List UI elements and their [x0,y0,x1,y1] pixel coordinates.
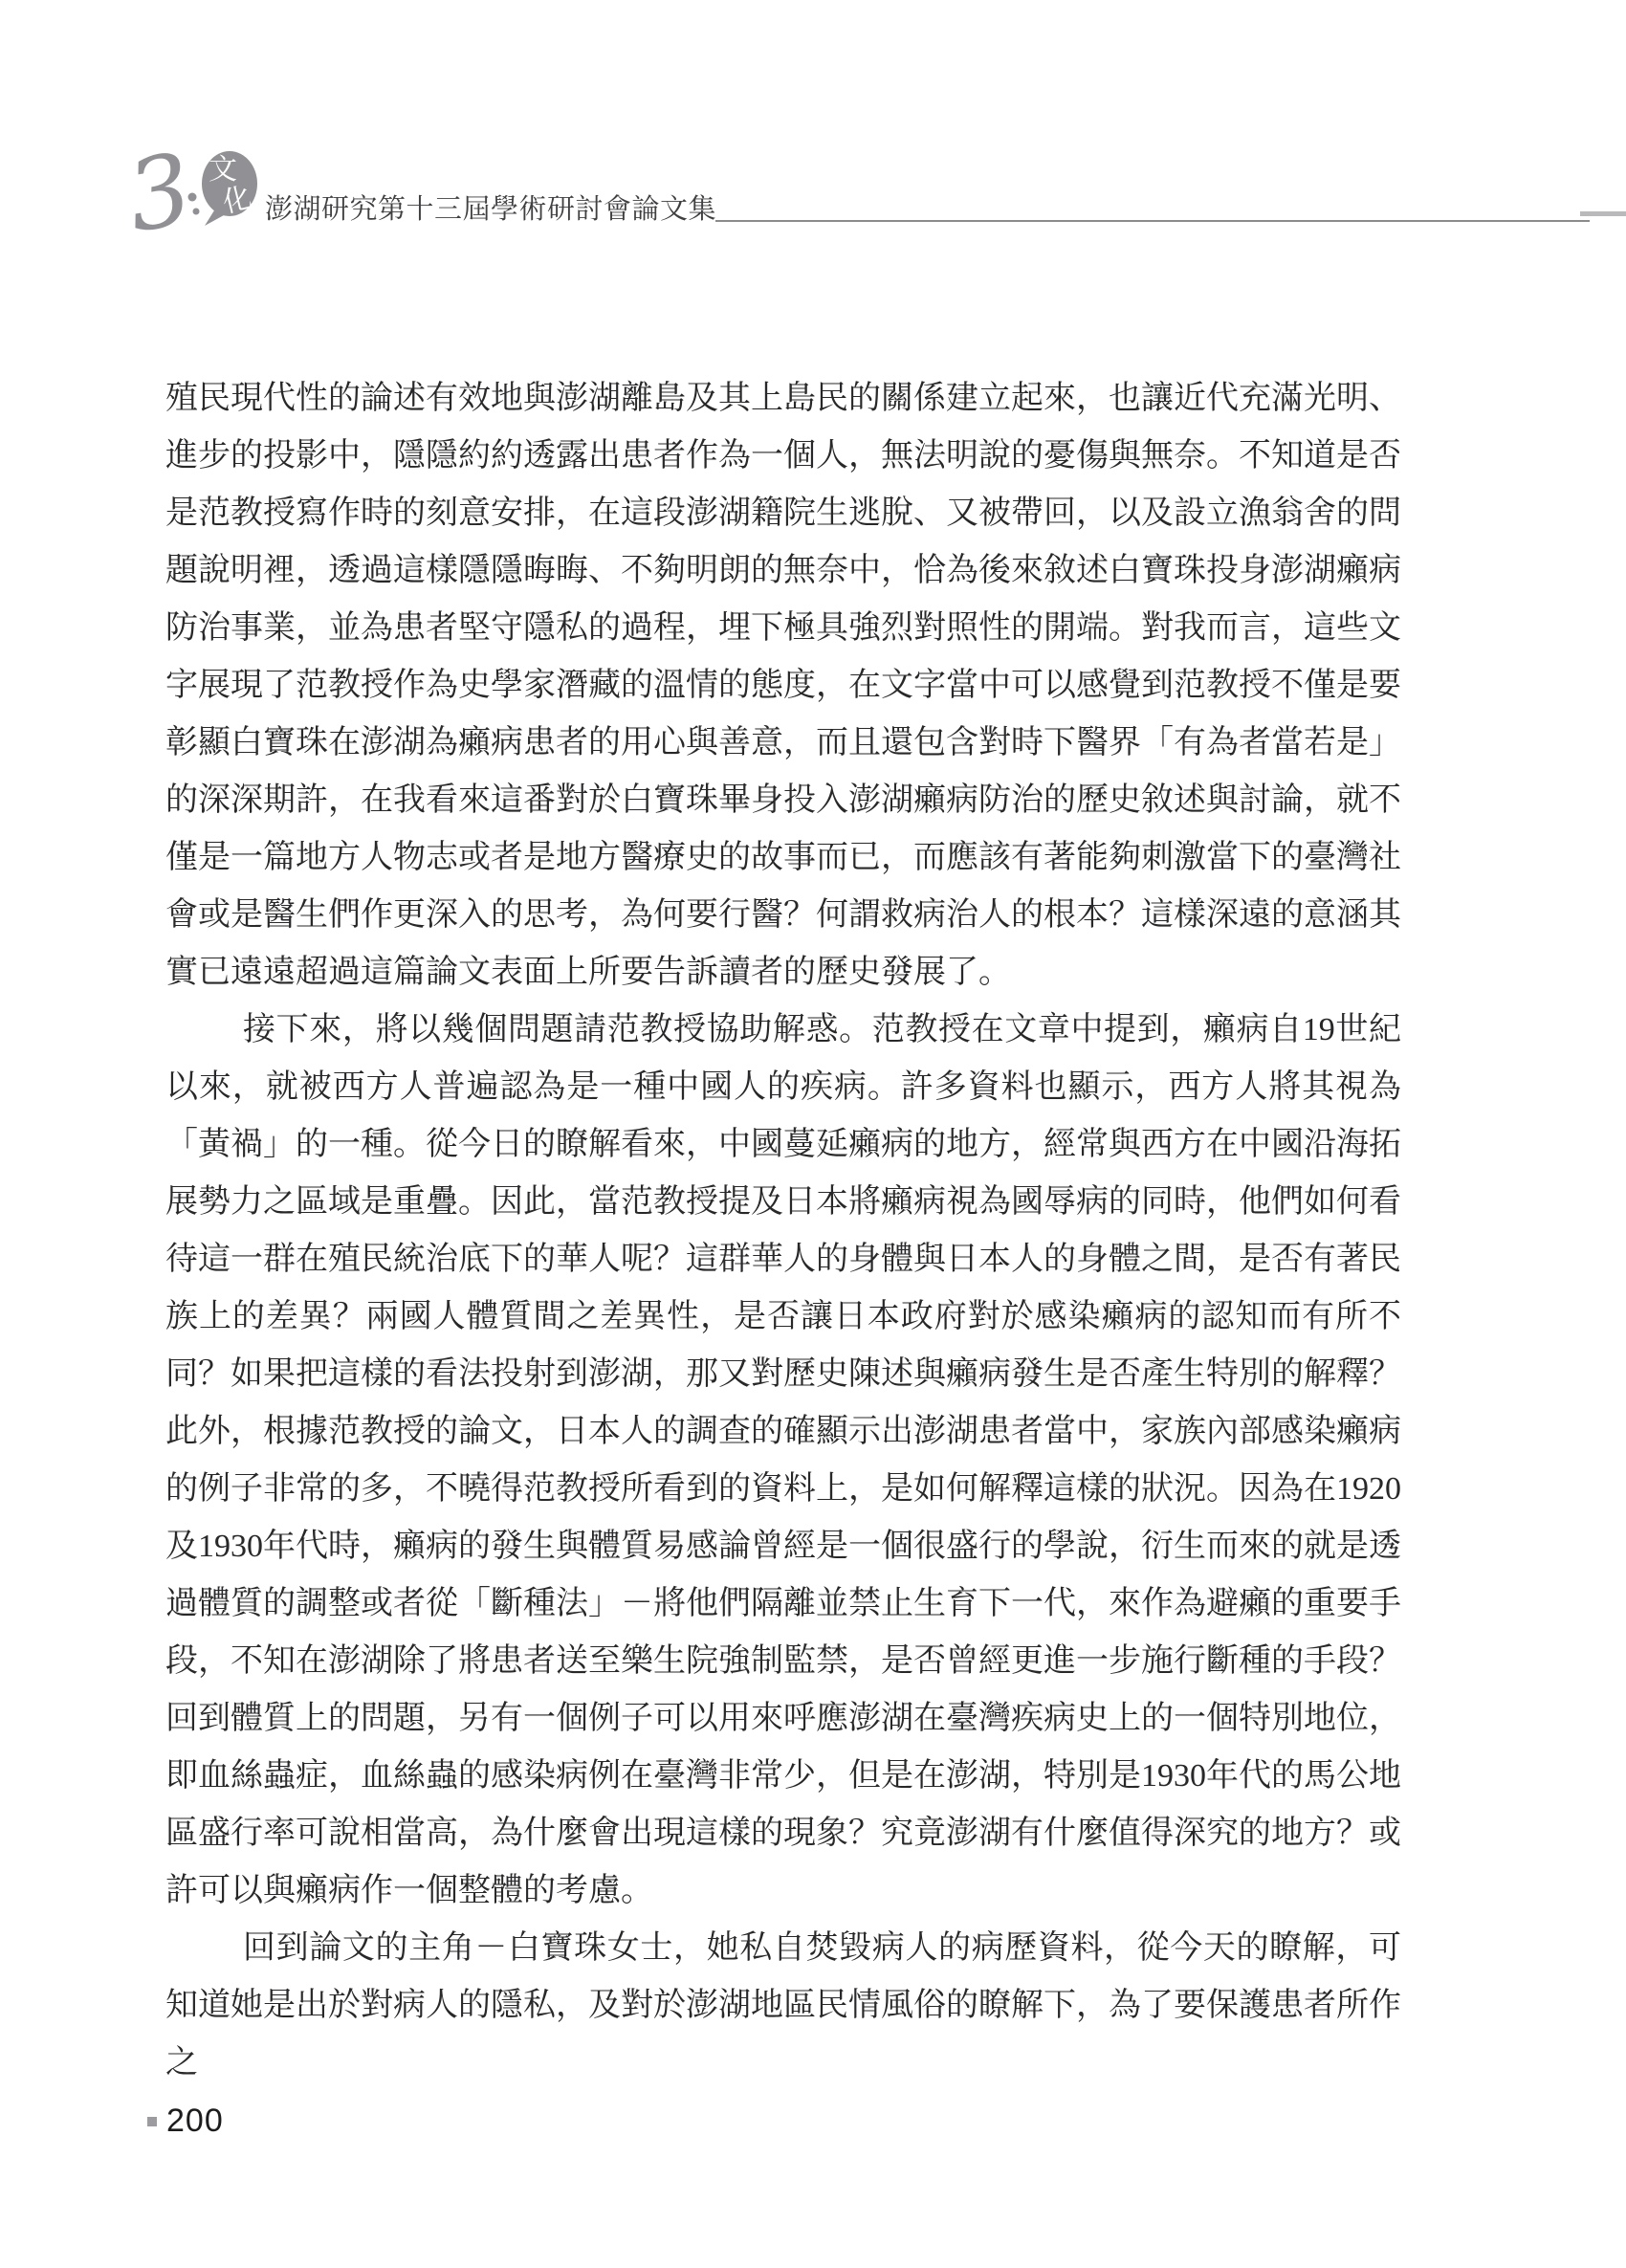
header-title: 澎湖研究第十三屆學術研討會論文集 [265,187,716,227]
logo-char-wen: 文 [209,154,237,186]
logo-numeral: 3 [120,132,201,254]
header-rule-accent [1580,211,1626,216]
page-number-bullet-icon [147,2117,157,2126]
paragraph-1: 殖民現代性的論述有效地與澎湖離島及其上島民的關係建立起來，也讓近代充滿光明、進步… [165,370,1401,1002]
logo-dot-icon [193,209,200,215]
paragraph-3: 回到論文的主角－白寶珠女士，她私自焚毀病人的病歷資料，從今天的瞭解，可知道她是出… [165,1920,1401,2092]
logo-dot-icon [188,193,197,202]
header-rule [715,220,1590,222]
page-number: 200 [166,2103,224,2140]
paragraph-2: 接下來，將以幾個問題請范教授協助解惑。范教授在文章中提到，癩病自19世紀以來，就… [165,1002,1401,1920]
body-text: 殖民現代性的論述有效地與澎湖離島及其上島民的關係建立起來，也讓近代充滿光明、進步… [165,370,1401,2092]
document-page: 3 文 化 澎湖研究第十三屆學術研討會論文集 殖民現代性的論述有效地與澎湖離島及… [0,0,1626,2268]
page-footer: 200 [147,2103,224,2140]
